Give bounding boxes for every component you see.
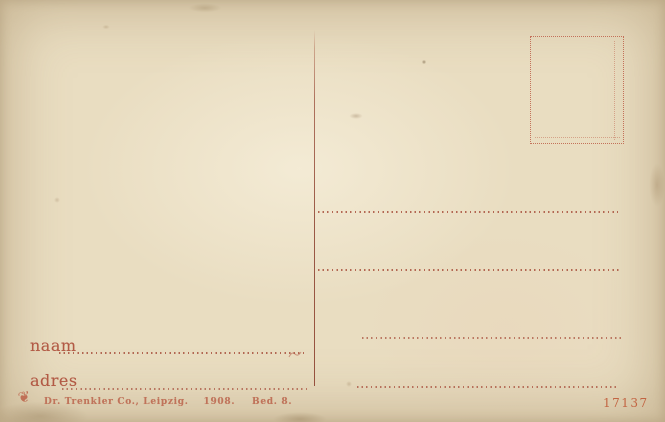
publisher-logo-icon: ❦ — [17, 389, 32, 406]
imprint-edition: Bed. 8. — [252, 397, 292, 407]
address-write-line-3 — [362, 337, 622, 339]
address-write-line-2 — [318, 269, 621, 271]
serial-number: 17137 — [603, 397, 649, 410]
address-write-line-4 — [357, 386, 619, 388]
address-field-write-line — [62, 388, 308, 390]
publisher-name: Dr. Trenkler Co., Leipzig. — [44, 397, 189, 407]
stamp-box-inner-bottom-line — [535, 137, 620, 138]
address-write-line-1 — [318, 211, 618, 213]
stamp-box — [530, 36, 624, 144]
postcard-back: naam adres ❦ Dr. Trenkler Co., Leipzig. … — [0, 0, 665, 422]
ink-flourish-mark — [288, 344, 303, 363]
name-write-line — [59, 352, 306, 354]
address-field-label: adres — [30, 373, 78, 389]
divider-line — [314, 30, 315, 386]
publisher-imprint: Dr. Trenkler Co., Leipzig. 1908. Bed. 8. — [44, 397, 292, 407]
stamp-box-inner-right-line — [614, 41, 615, 140]
imprint-year: 1908. — [203, 397, 235, 407]
